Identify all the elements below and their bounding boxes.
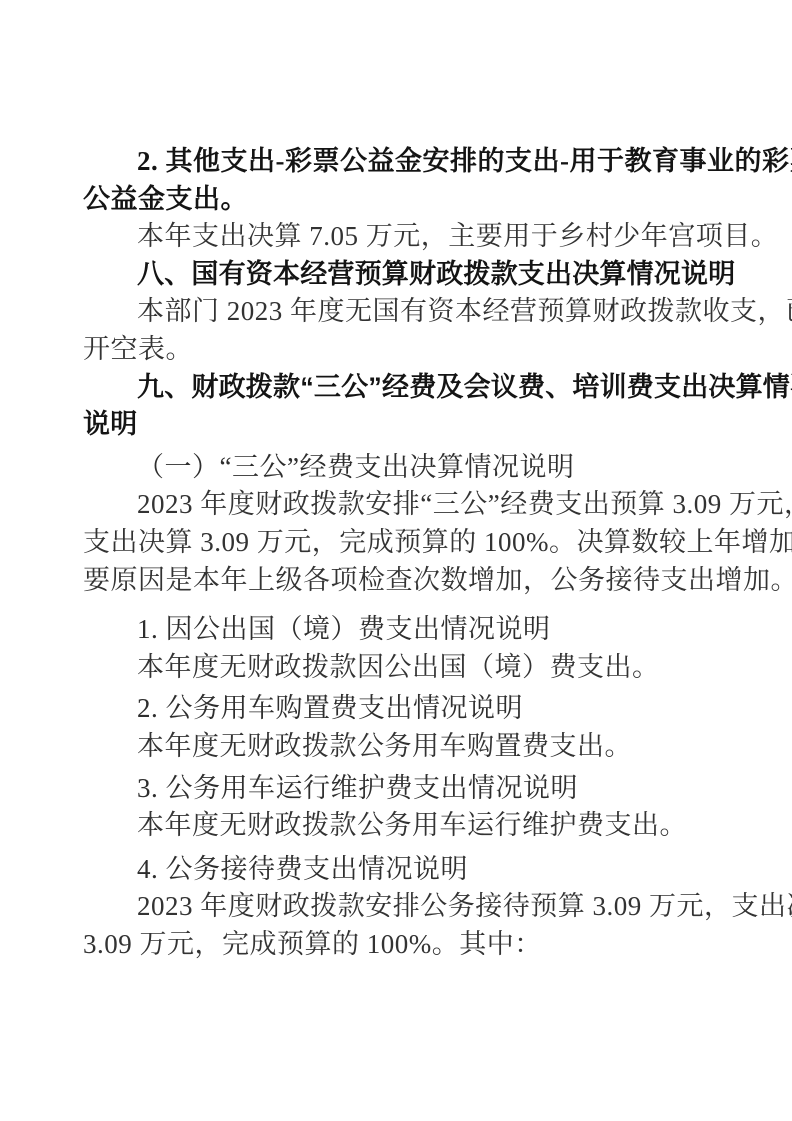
item-heading-line: 2. 公务用车购置费支出情况说明 <box>83 690 726 728</box>
body-text-line: 本年度无财政拨款公务用车运行维护费支出。 <box>83 807 726 845</box>
body-text-line: 开空表。 <box>83 331 726 369</box>
item-heading-line: 4. 公务接待费支出情况说明 <box>83 851 726 889</box>
body-text-line: 2023 年度财政拨款安排“三公”经费支出预算 3.09 万元， <box>83 486 726 524</box>
subitem-heading-line: 2. 其他支出-彩票公益金安排的支出-用于教育事业的彩票 <box>83 143 726 181</box>
subitem-heading-line: 公益金支出。 <box>83 181 726 219</box>
body-text-line: 3.09 万元，完成预算的 100%。其中： <box>83 926 726 964</box>
body-text-line: 要原因是本年上级各项检查次数增加，公务接待支出增加。 <box>83 562 726 600</box>
body-text-line: 支出决算 3.09 万元，完成预算的 100%。决算数较上年增加的主 <box>83 524 726 562</box>
item-heading-line: 1. 因公出国（境）费支出情况说明 <box>83 611 726 649</box>
section-heading-line: 九、财政拨款“三公”经费及会议费、培训费支出决算情况 <box>83 369 726 407</box>
body-text-line: 本年度无财政拨款因公出国（境）费支出。 <box>83 649 726 687</box>
section-heading-line: 说明 <box>83 406 726 444</box>
body-text-line: 本年度无财政拨款公务用车购置费支出。 <box>83 728 726 766</box>
document-text-block: 2. 其他支出-彩票公益金安排的支出-用于教育事业的彩票 公益金支出。 本年支出… <box>83 143 726 963</box>
body-text-line: 本年支出决算 7.05 万元，主要用于乡村少年宫项目。 <box>83 218 726 256</box>
body-text-line: 本部门 2023 年度无国有资本经营预算财政拨款收支，已公 <box>83 293 726 331</box>
subsection-heading-line: （一）“三公”经费支出决算情况说明 <box>83 449 726 487</box>
document-page: 2. 其他支出-彩票公益金安排的支出-用于教育事业的彩票 公益金支出。 本年支出… <box>0 0 792 1121</box>
body-text-line: 2023 年度财政拨款安排公务接待预算 3.09 万元，支出决算 <box>83 888 726 926</box>
section-heading-line: 八、国有资本经营预算财政拨款支出决算情况说明 <box>83 256 726 294</box>
item-heading-line: 3. 公务用车运行维护费支出情况说明 <box>83 770 726 808</box>
